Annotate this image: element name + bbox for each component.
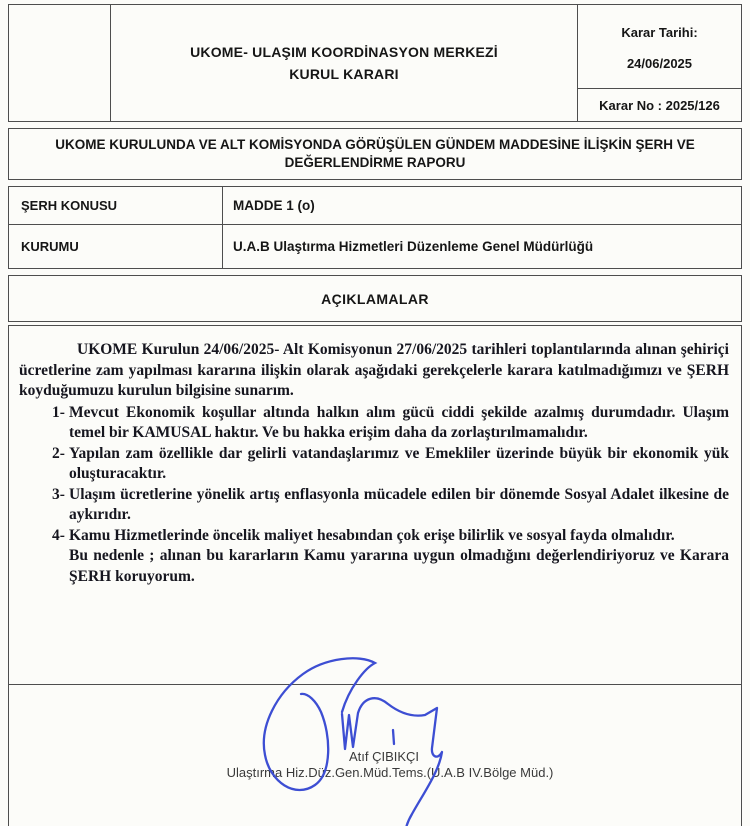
signature-main-stroke [342, 698, 442, 826]
list-item: 4- Kamu Hizmetlerinde öncelik maliyet he… [69, 526, 729, 588]
document-title: UKOME- ULAŞIM KOORDİNASYON MERKEZİ KURUL… [111, 5, 577, 121]
explanations-section-header: AÇIKLAMALAR [8, 275, 742, 322]
list-item: 1- Mevcut Ekonomik koşullar altında halk… [69, 403, 729, 444]
list-item: 3- Ulaşım ücretlerine yönelik artış enfl… [69, 485, 729, 526]
intro-paragraph: UKOME Kurulun 24/06/2025- Alt Komisyonun… [19, 340, 729, 402]
table-row: KURUMU U.A.B Ulaştırma Hizmetleri Düzenl… [9, 224, 741, 268]
signature-tick-stroke [393, 730, 394, 744]
report-title: UKOME KURULUNDA VE ALT KOMİSYONDA GÖRÜŞÜ… [25, 136, 725, 172]
explanations-title: AÇIKLAMALAR [321, 291, 429, 307]
handwritten-signature [255, 656, 475, 826]
scanned-document-page: { "page": { "bg_color": "#fcfcf9", "bord… [0, 0, 750, 826]
logo-placeholder-cell [9, 5, 111, 121]
list-item: 2- Yapılan zam özellikle dar gelirli vat… [69, 444, 729, 485]
details-table: ŞERH KONUSU MADDE 1 (o) KURUMU U.A.B Ula… [8, 186, 742, 269]
document-title-line1: UKOME- ULAŞIM KOORDİNASYON MERKEZİ [190, 41, 498, 63]
report-title-box: UKOME KURULUNDA VE ALT KOMİSYONDA GÖRÜŞÜ… [8, 128, 742, 180]
signature-loop-stroke [264, 658, 375, 790]
kurumu-label: KURUMU [9, 225, 223, 268]
decision-number-cell: Karar No : 2025/126 [578, 89, 741, 121]
decision-meta-column: Karar Tarihi: 24/06/2025 Karar No : 2025… [577, 5, 741, 121]
decision-date-label: Karar Tarihi: [621, 25, 697, 40]
item-marker: 4- [52, 526, 65, 547]
kurumu-value: U.A.B Ulaştırma Hizmetleri Düzenleme Gen… [223, 225, 741, 268]
item-text: Kamu Hizmetlerinde öncelik maliyet hesab… [69, 526, 729, 547]
table-row: ŞERH KONUSU MADDE 1 (o) [9, 187, 741, 224]
serh-konusu-value: MADDE 1 (o) [223, 187, 741, 224]
item-text: Ulaşım ücretlerine yönelik artış enflasy… [69, 485, 729, 526]
explanations-body-box: UKOME Kurulun 24/06/2025- Alt Komisyonun… [8, 325, 742, 685]
document-title-line2: KURUL KARARI [289, 63, 398, 85]
serh-konusu-label: ŞERH KONUSU [9, 187, 223, 224]
item-text: Yapılan zam özellikle dar gelirli vatand… [69, 444, 729, 485]
decision-date-value: 24/06/2025 [627, 56, 692, 71]
item-continuation-text: Bu nedenle ; alınan bu kararların Kamu y… [69, 546, 729, 587]
item-text: Mevcut Ekonomik koşullar altında halkın … [69, 403, 729, 444]
decision-date-cell: Karar Tarihi: 24/06/2025 [578, 5, 741, 89]
decision-number: Karar No : 2025/126 [599, 98, 720, 113]
item-marker: 3- [52, 485, 65, 506]
item-marker: 2- [52, 444, 65, 465]
item-marker: 1- [52, 403, 65, 424]
reasons-list: 1- Mevcut Ekonomik koşullar altında halk… [19, 403, 729, 588]
header-table: UKOME- ULAŞIM KOORDİNASYON MERKEZİ KURUL… [8, 4, 742, 122]
